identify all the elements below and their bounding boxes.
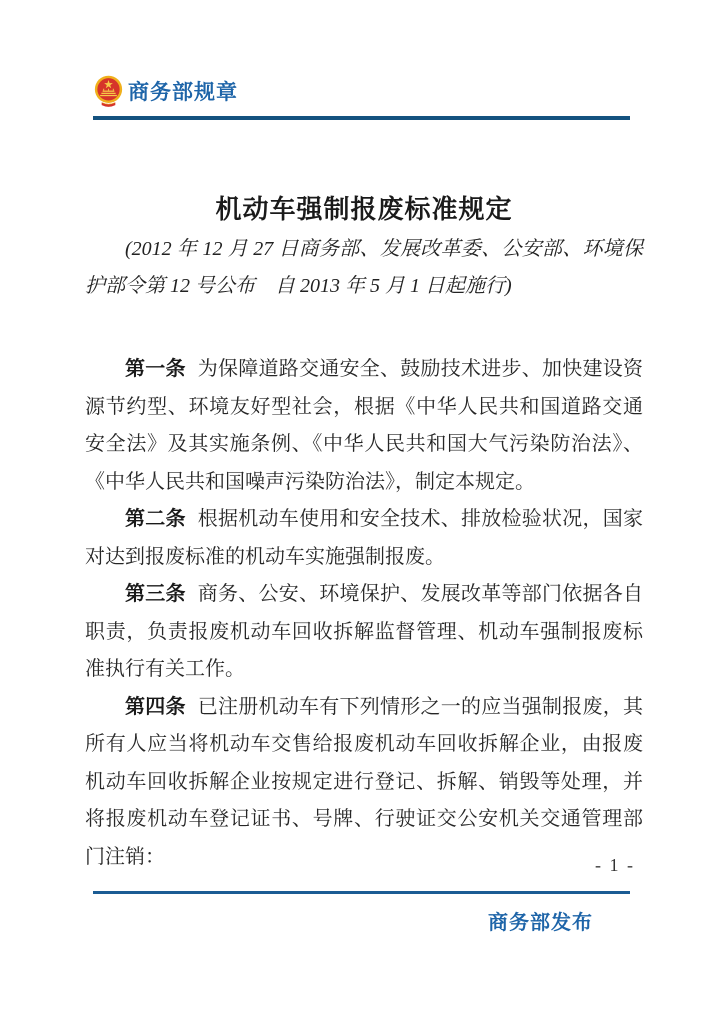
document-page: 商务部规章 机动车强制报废标准规定 (2012 年 12 月 27 日商务部、发…	[0, 0, 715, 1012]
page-header: 商务部规章	[93, 74, 630, 120]
article-label: 第三条	[125, 583, 186, 605]
footer-divider	[93, 891, 630, 894]
document-main: 机动车强制报废标准规定 (2012 年 12 月 27 日商务部、发展改革委、公…	[85, 120, 643, 876]
article-paragraph: 第一条为保障道路交通安全、鼓励技术进步、加快建设资源节约型、环境友好型社会，根据…	[85, 351, 643, 501]
document-articles: 第一条为保障道路交通安全、鼓励技术进步、加快建设资源节约型、环境友好型社会，根据…	[85, 351, 643, 876]
article-paragraph: 第二条根据机动车使用和安全技术、排放检验状况，国家对达到报废标准的机动车实施强制…	[85, 501, 643, 576]
document-subtitle: (2012 年 12 月 27 日商务部、发展改革委、公安部、环境保护部令第 1…	[85, 231, 643, 305]
header-category-label: 商务部规章	[128, 76, 238, 106]
publisher-label: 商务部发布	[488, 906, 593, 935]
national-emblem-icon	[93, 75, 124, 108]
document-title: 机动车强制报废标准规定	[85, 193, 643, 227]
article-label: 第四条	[125, 696, 186, 718]
article-paragraph: 第三条商务、公安、环境保护、发展改革等部门依据各自职责，负责报废机动车回收拆解监…	[85, 576, 643, 689]
article-label: 第一条	[125, 358, 186, 380]
article-label: 第二条	[125, 508, 186, 530]
article-paragraph: 第四条已注册机动车有下列情形之一的应当强制报废，其所有人应当将机动车交售给报废机…	[85, 689, 643, 877]
page-number: - 1 -	[595, 855, 635, 876]
article-text: 已注册机动车有下列情形之一的应当强制报废，其所有人应当将机动车交售给报废机动车回…	[85, 696, 643, 868]
